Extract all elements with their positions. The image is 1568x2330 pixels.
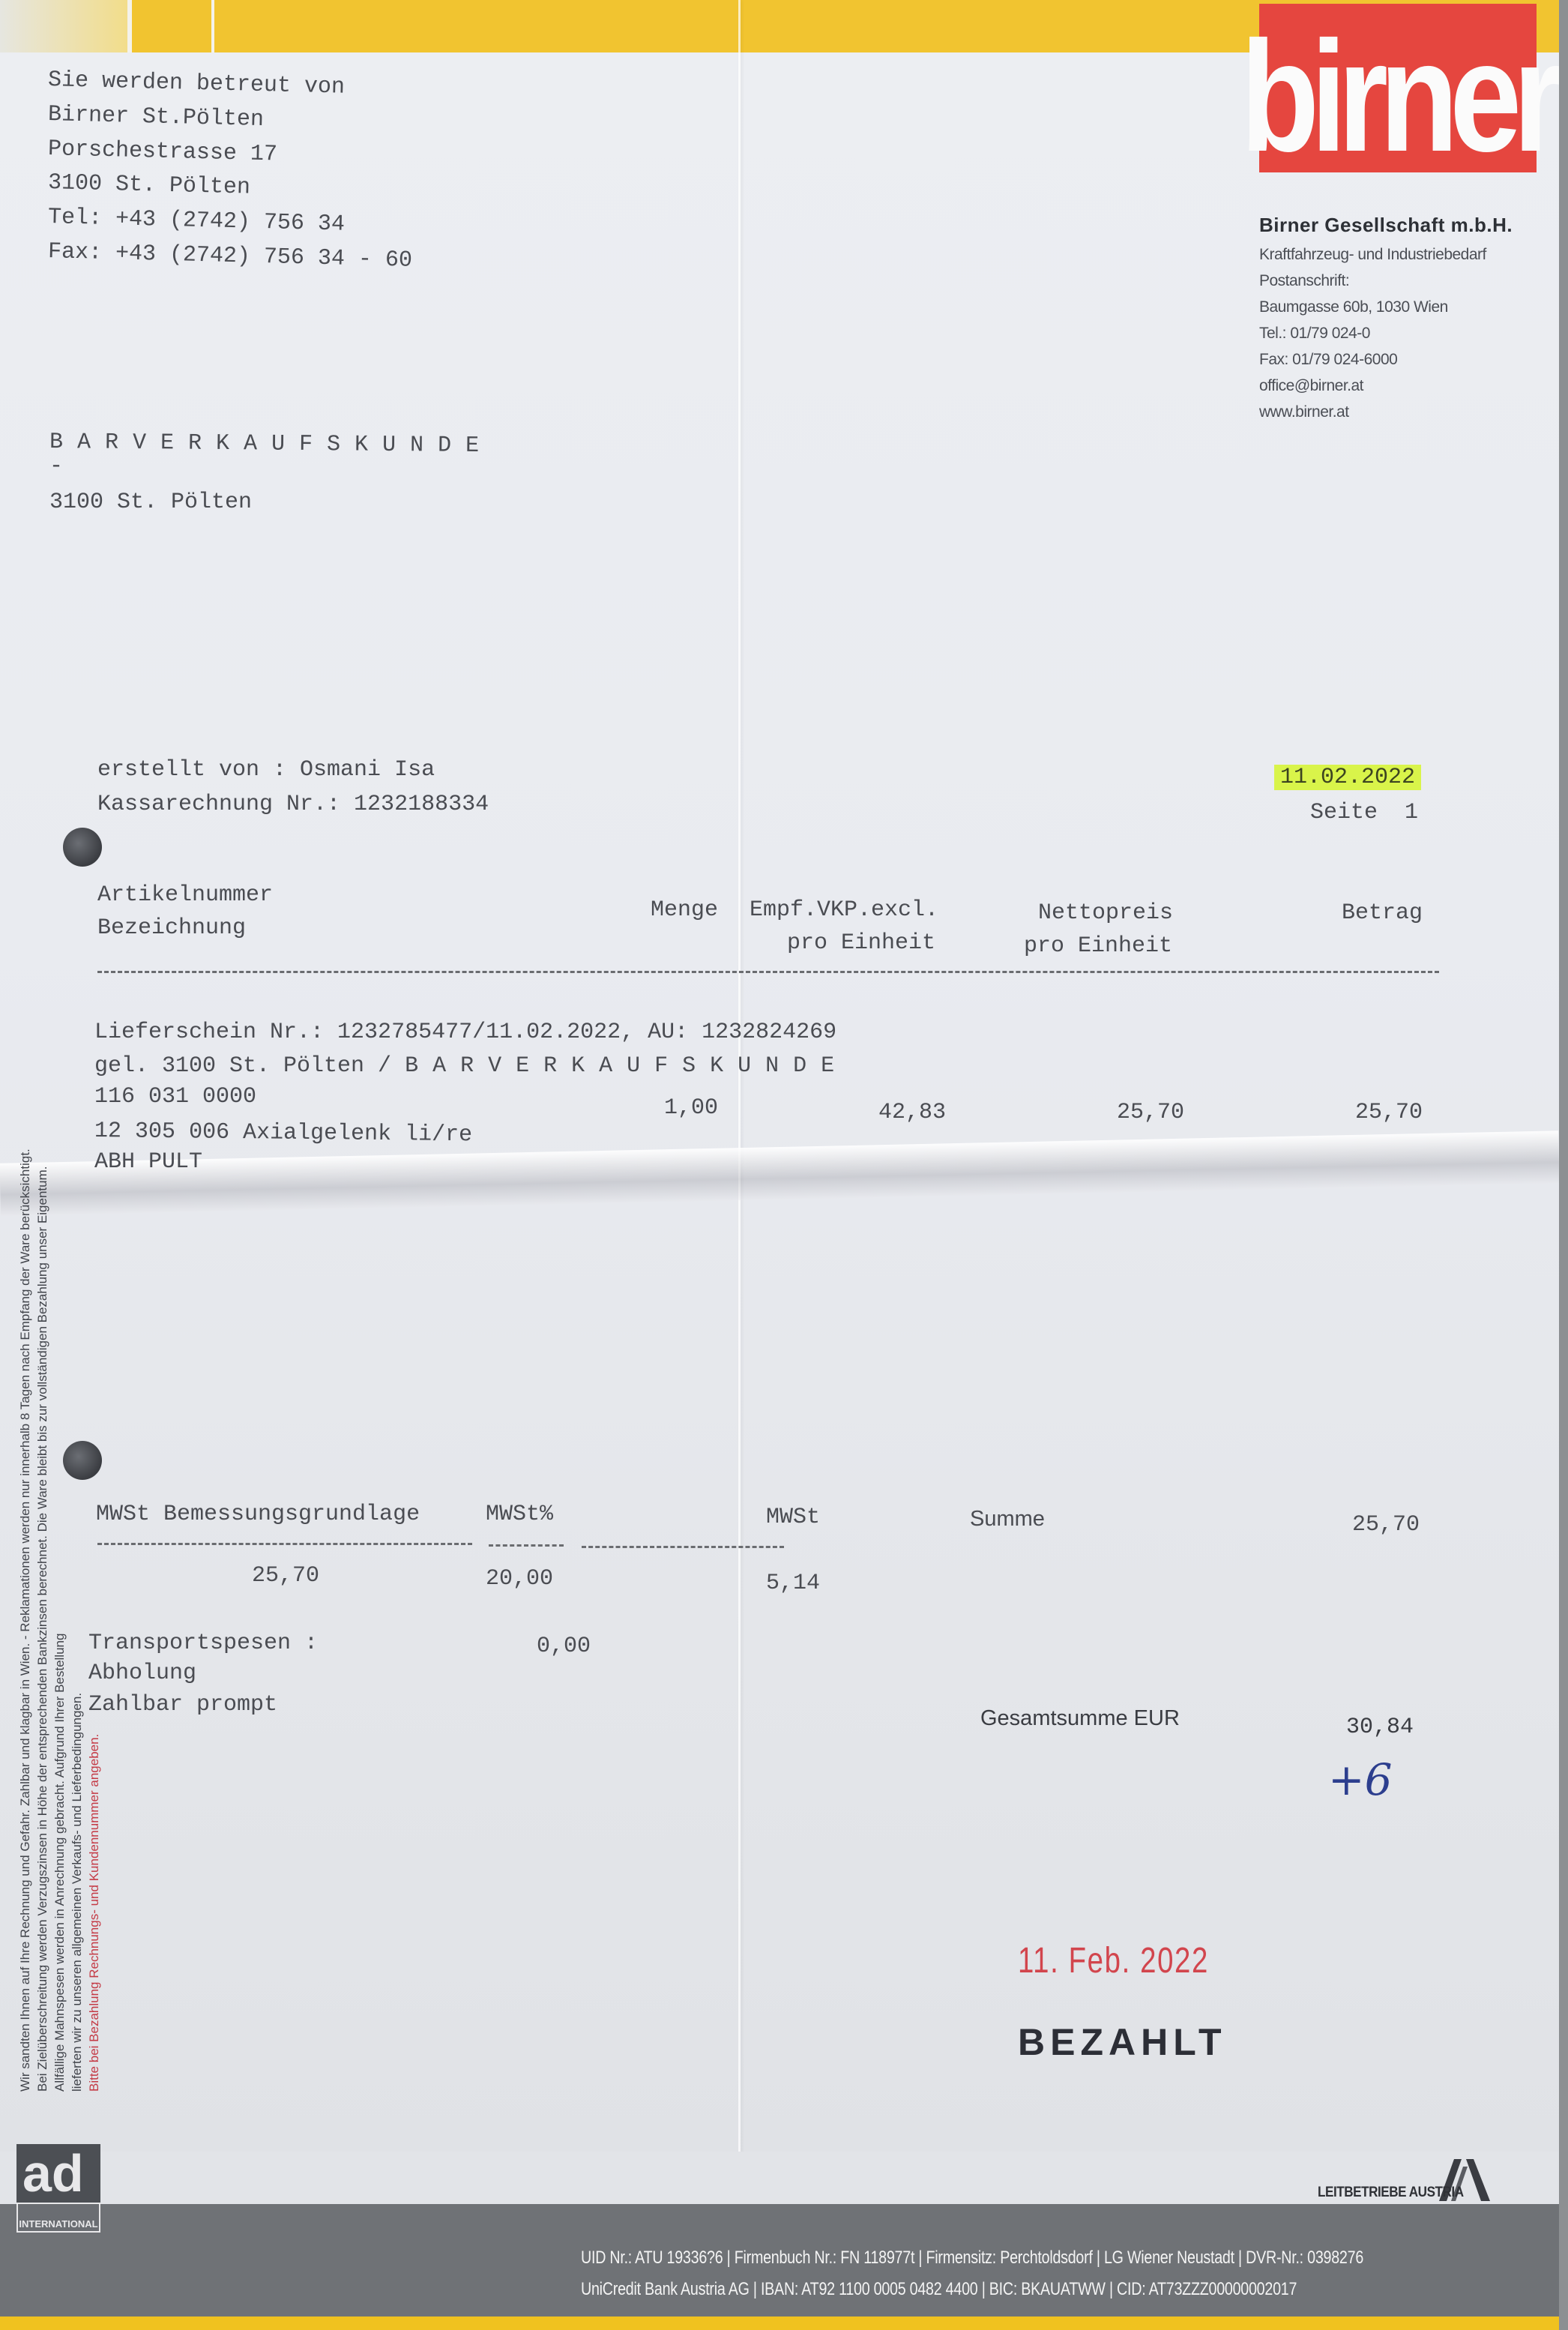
branch-line: 3100 St. Pölten xyxy=(47,166,250,205)
header-article-no: Artikelnummer xyxy=(97,879,273,912)
item-net-price: 25,70 xyxy=(1117,1096,1184,1129)
created-by: erstellt von : Osmani Isa xyxy=(97,753,435,786)
transport-label: Transportspesen : xyxy=(88,1627,318,1660)
branch-line: Porschestrasse 17 xyxy=(47,133,277,171)
item-quantity: 1,00 xyxy=(664,1092,718,1125)
customer-name: BARVERKAUFSKUNDE xyxy=(49,426,493,463)
delivered-to: gel. 3100 St. Pölten / BARVERKAUFSKUNDE xyxy=(94,1050,848,1083)
page-number: Seite 1 xyxy=(1310,796,1418,829)
item-article-no: 116 031 0000 xyxy=(94,1080,256,1113)
total-value: 30,84 xyxy=(1346,1711,1414,1744)
header-divider xyxy=(97,971,1439,973)
pickup-note: Abholung xyxy=(88,1657,196,1690)
delivery-note: Lieferschein Nr.: 1232785477/11.02.2022,… xyxy=(94,1016,836,1049)
header-rrp: Empf.VKP.excl. xyxy=(750,894,938,927)
birner-logo: birner xyxy=(1259,4,1537,172)
company-name: Birner Gesellschaft m.b.H. xyxy=(1259,214,1513,237)
legal-line-1: UID Nr.: ATU 19336?6 | Firmenbuch Nr.: F… xyxy=(581,2248,1363,2269)
header-description: Bezeichnung xyxy=(97,912,246,945)
item-note: ABH PULT xyxy=(94,1146,202,1178)
branch-line: Birner St.Pölten xyxy=(47,98,264,136)
header-quantity: Menge xyxy=(651,894,718,927)
tax-rate-value: 20,00 xyxy=(486,1562,553,1595)
yellow-footer-band xyxy=(0,2317,1559,2330)
company-info: Birner Gesellschaft m.b.H. Kraftfahrzeug… xyxy=(1259,214,1513,425)
sum-value: 25,70 xyxy=(1352,1508,1420,1541)
branch-line: Fax: +43 (2742) 756 34 - 60 xyxy=(47,235,412,277)
header-amount: Betrag xyxy=(1342,897,1423,930)
payment-terms: Zahlbar prompt xyxy=(88,1688,277,1721)
invoice-paper: Sie werden betreut von Birner St.Pölten … xyxy=(0,0,1559,2330)
invoice-date: 11.02.2022 xyxy=(1274,761,1421,794)
tax-header-base: MWSt Bemessungsgrundlage xyxy=(96,1498,420,1531)
tax-header-amount: MWSt xyxy=(766,1501,820,1534)
paid-stamp-date: 11. Feb. 2022 xyxy=(1018,1940,1209,1981)
paid-stamp: BEZAHLT xyxy=(1018,2020,1227,2064)
invoice-number: Kassarechnung Nr.: 1232188334 xyxy=(97,788,489,821)
total-label: Gesamtsumme EUR xyxy=(980,1702,1180,1735)
tax-base-value: 25,70 xyxy=(252,1559,319,1592)
company-website: www.birner.at xyxy=(1259,399,1513,425)
handwritten-note: +6 xyxy=(1328,1754,1393,1805)
tax-amount-value: 5,14 xyxy=(766,1567,820,1600)
payment-reference-note: Bitte bei Bezahlung Rechnungs- und Kunde… xyxy=(85,847,103,2092)
terms-and-conditions: Wir sandten Ihnen auf Ihre Rechnung und … xyxy=(16,847,103,2092)
tax-header-rate: MWSt% xyxy=(486,1498,553,1531)
item-rrp: 42,83 xyxy=(878,1096,946,1129)
branch-line: Tel: +43 (2742) 756 34 xyxy=(47,201,345,241)
company-email: office@birner.at xyxy=(1259,373,1513,399)
ad-international-logo: ad INTERNATIONAL xyxy=(16,2144,100,2249)
transport-value: 0,00 xyxy=(537,1630,591,1663)
sum-label: Summe xyxy=(970,1502,1045,1535)
legal-line-2: UniCredit Bank Austria AG | IBAN: AT92 1… xyxy=(581,2279,1297,2300)
branch-line: Sie werden betreut von xyxy=(47,64,345,104)
leitbetriebe-austria-logo: LEITBETRIEBE AUSTRIA xyxy=(1318,2159,1480,2201)
customer-city: 3100 St. Pölten xyxy=(49,486,252,519)
item-amount: 25,70 xyxy=(1355,1096,1423,1129)
header-net-price: Nettopreis xyxy=(1038,897,1173,930)
